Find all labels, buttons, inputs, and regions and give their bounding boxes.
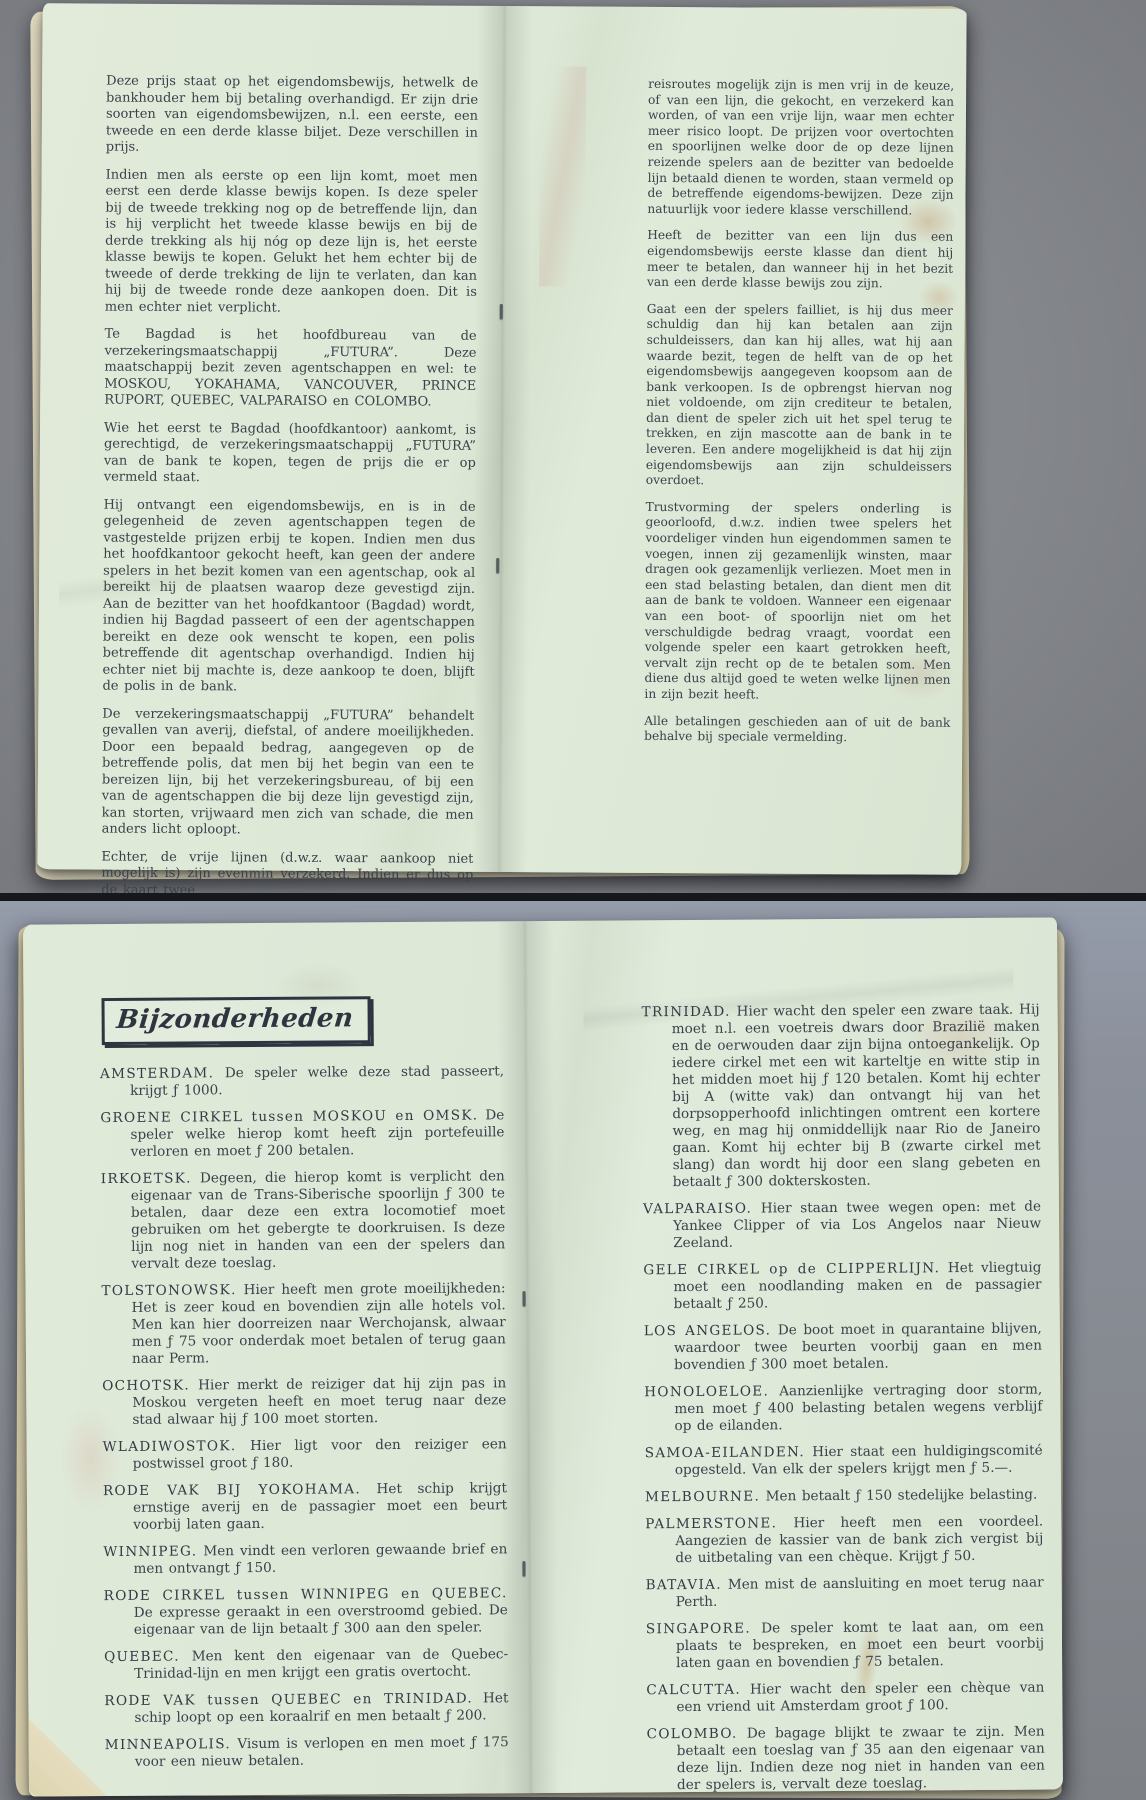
paragraph: Deze prijs staat op het eigendomsbewijs,… [106, 74, 478, 159]
rule-entry: SAMOA-EILANDEN. Hier staat een huldiging… [645, 1443, 1043, 1480]
paragraph: Wie het eerst te Bagdad (hoofdkantoor) a… [104, 420, 476, 488]
entry-term: WLADIWOSTOK. [103, 1438, 237, 1455]
rule-entry: RODE CIRKEL tussen WINNIPEG en QUEBEC. D… [104, 1585, 508, 1639]
paragraph: Echter, de vrije lijnen (d.w.z. waar aan… [101, 849, 473, 893]
rule-entry: WLADIWOSTOK. Hier ligt voor den reiziger… [103, 1436, 507, 1473]
bottom-spread-paper: Bijzonderheden AMSTERDAM. De speler welk… [23, 917, 1063, 1796]
entry-term: RODE CIRKEL tussen WINNIPEG en QUEBEC. [104, 1585, 508, 1604]
rule-entry: OCHOTSK. Hier merkt de reiziger dat hij … [102, 1375, 506, 1429]
rule-entry: BATAVIA. Men mist de aansluiting en moet… [646, 1575, 1044, 1612]
entry-term: HONOLOELOE. [644, 1383, 769, 1400]
section-heading-box: Bijzonderheden [101, 996, 370, 1045]
entry-term: PALMERSTONE. [645, 1515, 777, 1532]
entry-term: BATAVIA. [646, 1577, 722, 1594]
entry-term: OCHOTSK. [102, 1377, 190, 1394]
paragraph: Heeft de bezitter van een lijn dus een e… [647, 228, 953, 292]
rule-entry: PALMERSTONE. Hier heeft men een voordeel… [645, 1514, 1043, 1568]
entry-term: TRINIDAD. [642, 1004, 731, 1021]
rule-entry: TOLSTONOWSK. Hier heeft men grote moeili… [101, 1280, 506, 1368]
rule-entry: WINNIPEG. Men vindt een verloren gewaand… [103, 1541, 507, 1578]
rule-entry: IRKOETSK. Degeen, die hierop komt is ver… [101, 1168, 506, 1273]
entry-term: TOLSTONOWSK. [101, 1282, 236, 1299]
paragraph: Alle betalingen geschieden aan of uit de… [644, 713, 950, 746]
staple-icon [522, 1561, 525, 1576]
rule-entry: AMSTERDAM. De speler welke deze stad pas… [100, 1063, 504, 1100]
entry-term: COLOMBO. [647, 1726, 738, 1743]
staple-icon [496, 558, 499, 573]
entry-term: MELBOURNE. [645, 1488, 760, 1505]
rule-entry: RODE VAK BIJ YOKOHAMA. Het schip krijgt … [103, 1480, 507, 1534]
entry-term: SINGAPORE. [646, 1621, 751, 1638]
rule-entry: VALPARAISO. Hier staan twee wegen open: … [643, 1199, 1041, 1253]
bottom-right-column: TRINIDAD. Hier wacht den speler een zwar… [642, 1002, 1046, 1800]
paragraph: Indien men als eerste op een lijn komt, … [105, 167, 478, 318]
entry-term: GROENE CIRKEL tussen MOSKOU en OMSK. [100, 1107, 478, 1126]
paragraph: Trustvorming der spelers onderling is ge… [644, 500, 951, 705]
rule-entry: LOS ANGELOS. De boot moet in quarantaine… [644, 1321, 1042, 1375]
entry-term: RODE VAK tussen QUEBEC en TRINIDAD. [104, 1690, 473, 1709]
entry-term: AMSTERDAM. [100, 1065, 214, 1082]
photo-divider [0, 893, 1146, 901]
entry-term: WINNIPEG. [103, 1543, 197, 1560]
rule-entry: GROENE CIRKEL tussen MOSKOU en OMSK. De … [100, 1107, 504, 1161]
staple-icon [500, 304, 503, 319]
rule-entry: SINGAPORE. De speler komt te laat aan, o… [646, 1619, 1044, 1673]
entry-term: IRKOETSK. [101, 1170, 192, 1187]
top-left-column: Deze prijs staat op het eigendomsbewijs,… [101, 74, 478, 893]
bottom-photo: Bijzonderheden AMSTERDAM. De speler welk… [0, 901, 1146, 1800]
rule-entry: MINNEAPOLIS. Visum is verlopen en men mo… [105, 1734, 509, 1771]
entry-term: QUEBEC. [104, 1649, 180, 1666]
rule-entry: HONOLOELOE. Aanzienlijke vertraging door… [644, 1382, 1042, 1436]
top-right-column: reisroutes mogelijk zijn is men vrij in … [644, 77, 954, 758]
rule-entry: MELBOURNE. Men betaalt ƒ 150 stedelijke … [645, 1487, 1043, 1507]
paragraph: De verzekeringsmaatschappij „FUTURA” beh… [102, 706, 475, 840]
rule-entry: TRINIDAD. Hier wacht den speler een zwar… [642, 1002, 1041, 1192]
top-photo: Deze prijs staat op het eigendomsbewijs,… [0, 0, 1146, 893]
rule-entry: COLOMBO. De bagage blijkt te zwaar te zi… [647, 1724, 1045, 1795]
entry-term: MINNEAPOLIS. [105, 1736, 231, 1753]
rule-entry: RODE VAK tussen QUEBEC en TRINIDAD. Het … [104, 1690, 508, 1727]
rule-entry: GELE CIRKEL op de CLIPPERLIJN. Het vlieg… [643, 1260, 1041, 1314]
staple-icon [523, 1291, 526, 1306]
entry-term: GELE CIRKEL op de CLIPPERLIJN. [643, 1260, 940, 1278]
paragraph: Hij ontvangt een eigendomsbewijs, en is … [102, 497, 475, 697]
section-heading: Bijzonderheden [115, 1003, 355, 1035]
paragraph: Gaat een der spelers failliet, is hij du… [646, 302, 953, 491]
entry-term: LOS ANGELOS. [644, 1322, 772, 1339]
scanned-booklet-collage: Deze prijs staat op het eigendomsbewijs,… [0, 0, 1146, 1800]
rule-entry: QUEBEC. Men kent den eigenaar van de Que… [104, 1646, 508, 1683]
bottom-left-column: AMSTERDAM. De speler welke deze stad pas… [100, 1063, 509, 1781]
entry-term: RODE VAK BIJ YOKOHAMA. [103, 1481, 361, 1499]
entry-term: SAMOA-EILANDEN. [645, 1444, 805, 1461]
entry-term: CALCUTTA. [646, 1682, 741, 1699]
paragraph: reisroutes mogelijk zijn is men vrij in … [647, 77, 954, 219]
rule-entry: CALCUTTA. Hier wacht den speler een chèq… [646, 1680, 1044, 1717]
entry-term: VALPARAISO. [643, 1201, 752, 1218]
paragraph: Te Bagdad is het hoofdbureau van de verz… [104, 327, 476, 412]
top-spread-paper: Deze prijs staat op het eigendomsbewijs,… [37, 3, 966, 875]
